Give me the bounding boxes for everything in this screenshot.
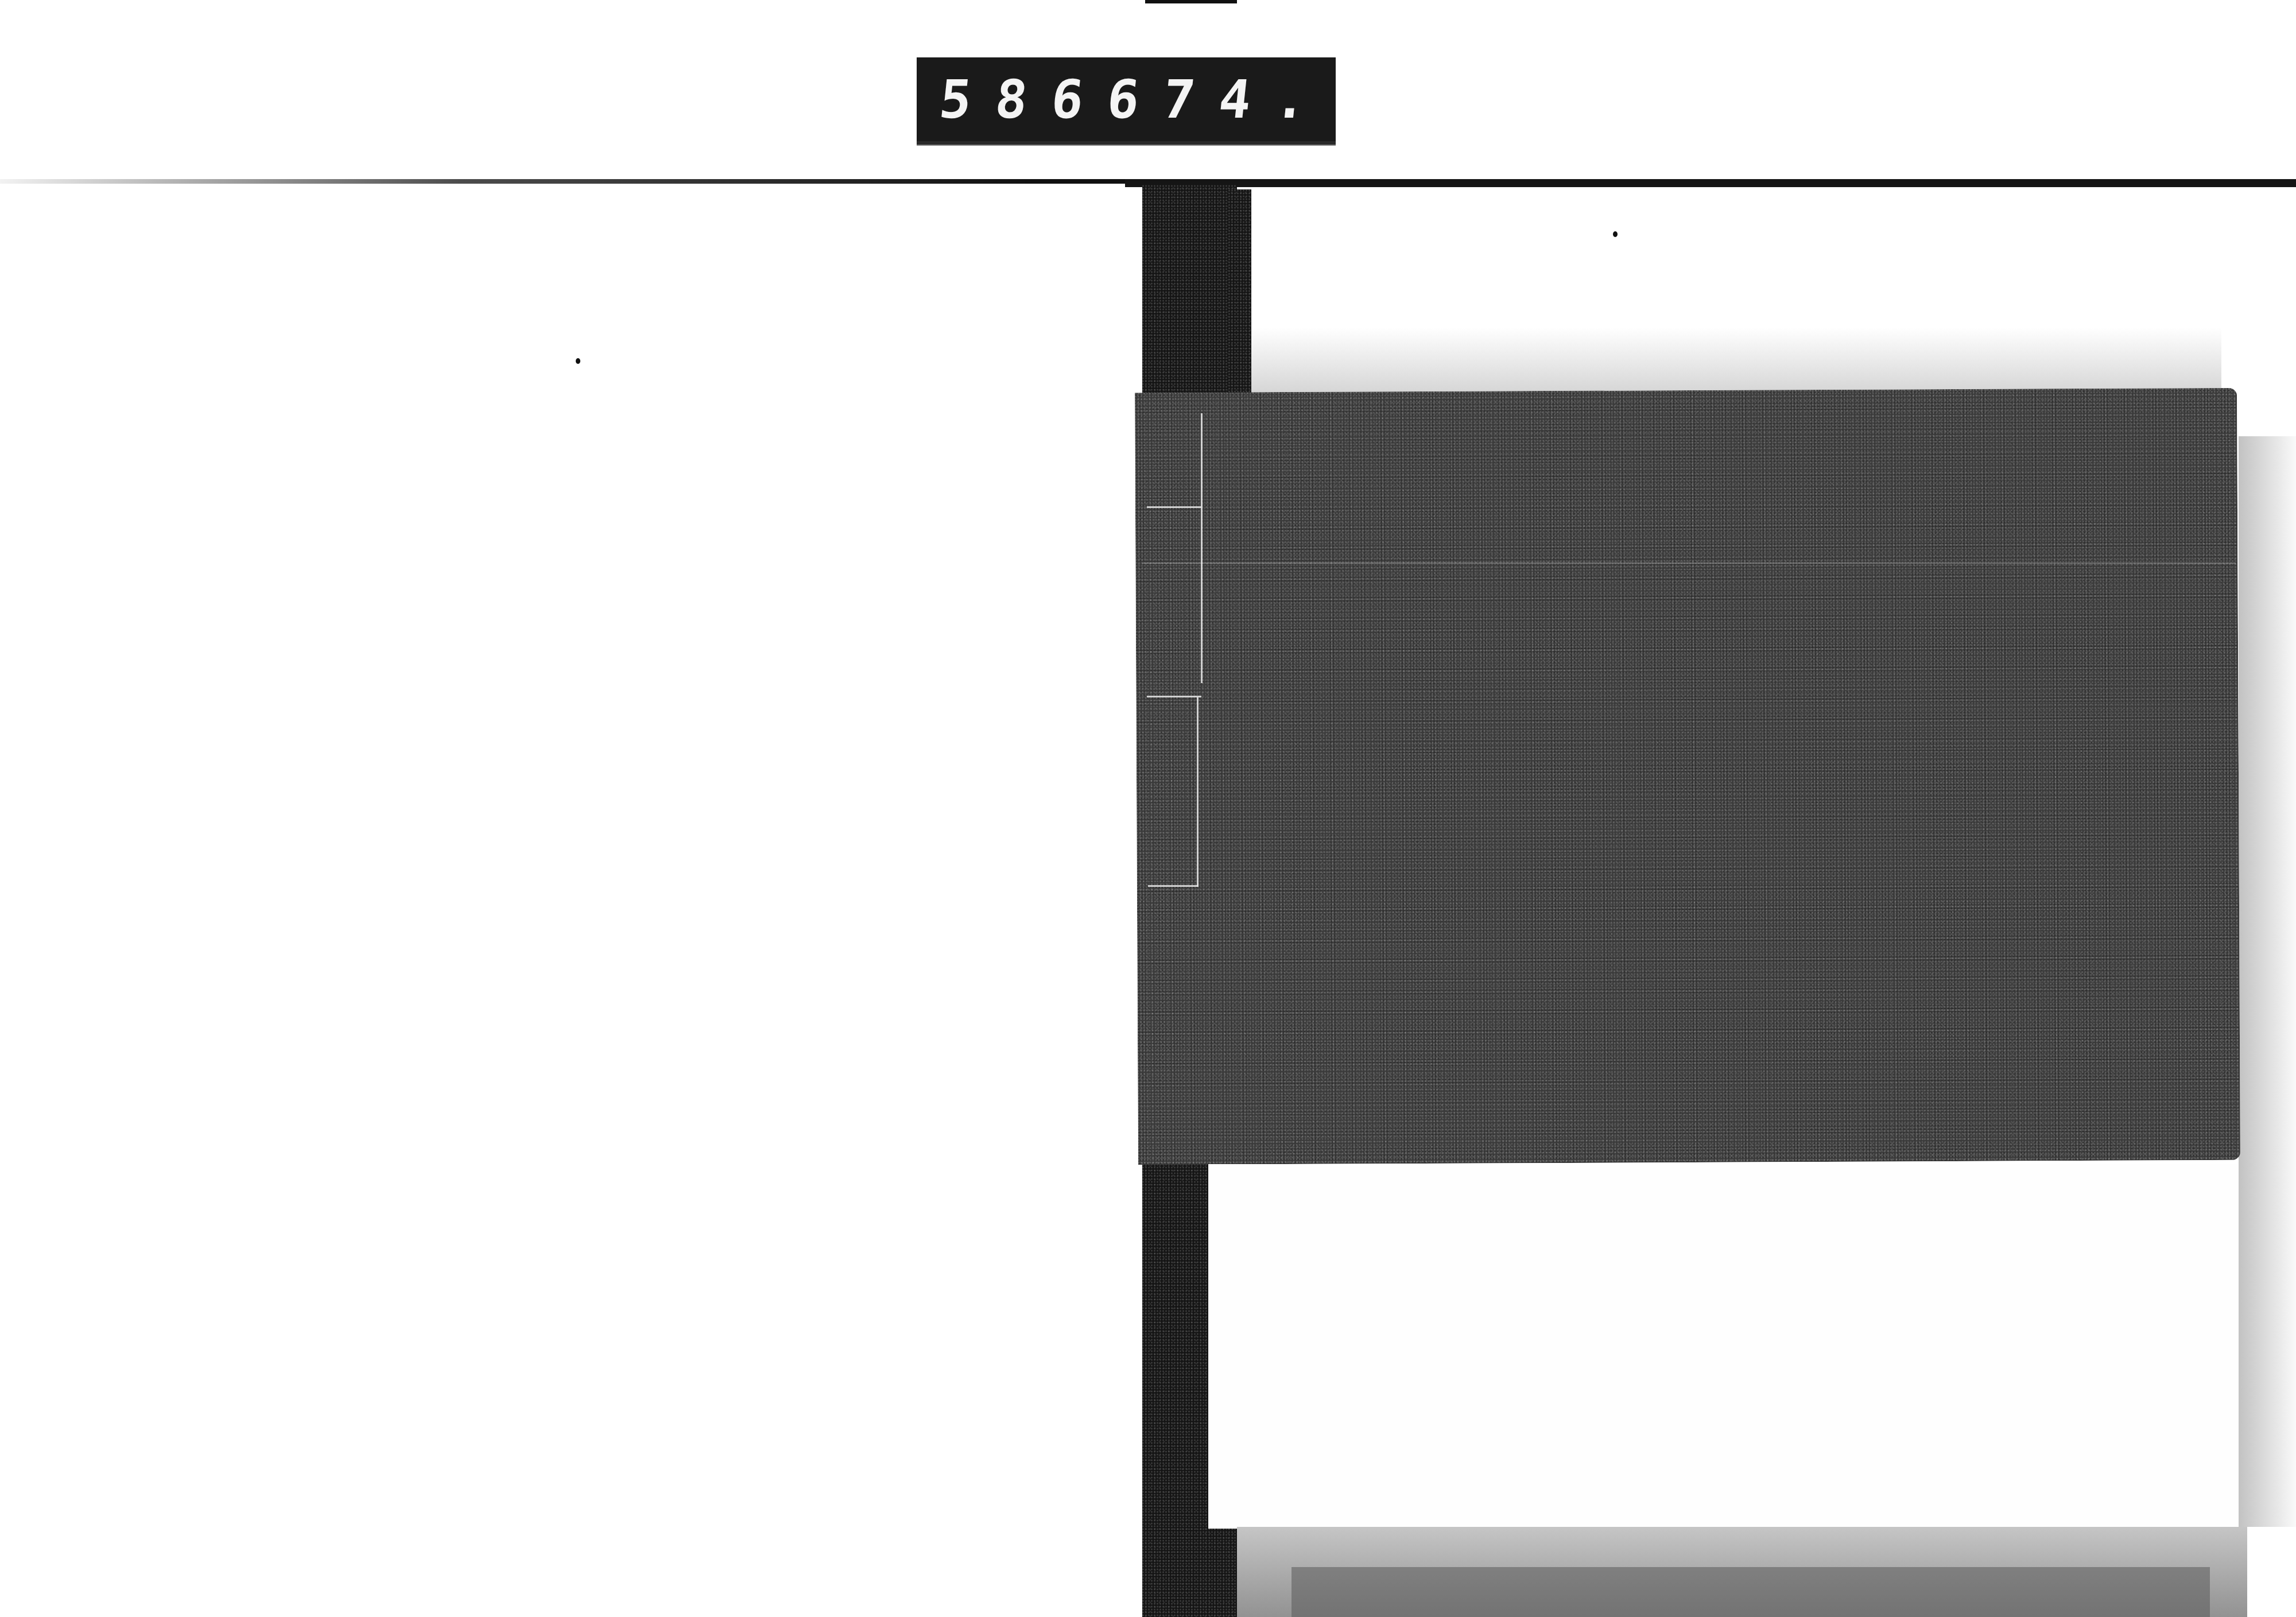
book-cover-board xyxy=(1135,388,2240,1165)
hinge-line xyxy=(1148,885,1199,887)
inner-page xyxy=(1208,1164,2239,1529)
hinge-line xyxy=(1147,506,1201,508)
hinge-line xyxy=(1197,697,1199,887)
dust-speck xyxy=(1613,231,1618,237)
film-edge-thick xyxy=(1125,179,2296,187)
hinge-line xyxy=(1201,413,1203,683)
dust-speck xyxy=(576,358,580,364)
film-top-tab xyxy=(1145,0,1237,3)
scan-strip-bottom xyxy=(1291,1567,2210,1617)
frame-counter-left: 586 xyxy=(936,69,1110,130)
frame-counter-label: 586 674. xyxy=(917,57,1336,145)
spine-edge xyxy=(1228,189,1251,408)
frame-counter-right: 674. xyxy=(1104,69,1335,130)
cover-scan-line xyxy=(1142,563,2236,564)
scan-haze-right xyxy=(2239,436,2296,1527)
hinge-line xyxy=(1147,696,1201,697)
